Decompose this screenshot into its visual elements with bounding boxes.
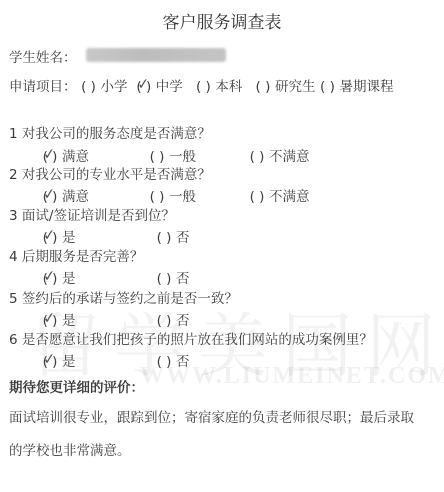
checkbox[interactable]: ( ) [191, 79, 215, 95]
checkbox[interactable]: ( ) [245, 189, 269, 205]
feedback-line-2: 的学校也非常满意。 [9, 439, 131, 459]
checkbox[interactable]: ( ) [152, 271, 176, 287]
option-undergraduate[interactable]: ( )本科 [187, 75, 242, 95]
check-mark-icon: ✓ [42, 225, 56, 244]
check-mark-icon: ✓ [42, 184, 56, 203]
checkbox-checked[interactable]: ( )✓ [38, 313, 62, 329]
checkbox[interactable]: ( ) [145, 189, 169, 205]
answer-yes[interactable]: ( )✓是 [38, 267, 76, 287]
option-summer-course[interactable]: ( )暑期课程 [315, 75, 393, 95]
answer-average[interactable]: ( )一般 [145, 185, 196, 205]
check-mark-icon: ✓ [42, 349, 56, 368]
answer-dissatisfied[interactable]: ( )不满意 [245, 145, 310, 165]
question-4: 4 后期服务是否完善？ [9, 245, 143, 265]
question-5: 5 签约后的承诺与签约之前是否一致？ [9, 287, 238, 307]
student-name-label: 学生姓名： [9, 46, 77, 66]
checkbox[interactable]: ( ) [77, 79, 101, 95]
check-mark-icon: ✓ [136, 74, 150, 93]
feedback-line-1: 面试培训很专业，跟踪到位；寄宿家庭的负责老师很尽职；最后录取 [9, 406, 414, 426]
answer-yes[interactable]: ( )✓是 [38, 350, 76, 370]
checkbox[interactable]: ( ) [315, 79, 339, 95]
answer-yes[interactable]: ( )✓是 [38, 309, 76, 329]
check-mark-icon: ✓ [42, 266, 56, 285]
answer-no[interactable]: ( )否 [152, 350, 190, 370]
check-mark-icon: ✓ [42, 144, 56, 163]
checkbox[interactable]: ( ) [251, 79, 275, 95]
answer-average[interactable]: ( )一般 [145, 145, 196, 165]
checkbox-checked[interactable]: ( )✓ [38, 189, 62, 205]
checkbox-checked[interactable]: ( )✓ [132, 79, 156, 95]
page-title: 客户服务调查表 [0, 8, 444, 33]
answer-yes[interactable]: ( )✓是 [38, 226, 76, 246]
question-6: 6 是否愿意让我们把孩子的照片放在我们网站的成功案例里？ [9, 328, 373, 348]
answer-satisfied[interactable]: ( )✓满意 [38, 185, 89, 205]
option-middle-school[interactable]: ( )✓中学 [132, 75, 183, 95]
application-row: 申请项目：( )小学 ( )✓中学 ( )本科 ( )研究生( )暑期课程 [9, 75, 393, 95]
question-2: 2 对我公司的专业水平是否满意？ [9, 163, 211, 183]
question-1: 1 对我公司的服务态度是否满意？ [9, 122, 211, 142]
survey-page: 留学美国网 WWW.LIUMEINET.COM 客户服务调查表 学生姓名： 申请… [0, 0, 444, 492]
answer-no[interactable]: ( )否 [152, 309, 190, 329]
option-primary-school[interactable]: ( )小学 [77, 75, 128, 95]
option-graduate[interactable]: ( )研究生 [247, 75, 316, 95]
answer-no[interactable]: ( )否 [152, 267, 190, 287]
answer-satisfied[interactable]: ( )✓满意 [38, 145, 89, 165]
check-mark-icon: ✓ [42, 308, 56, 327]
checkbox[interactable]: ( ) [152, 354, 176, 370]
question-3: 3 面试/签证培训是否到位？ [9, 204, 175, 224]
checkbox-checked[interactable]: ( )✓ [38, 354, 62, 370]
checkbox[interactable]: ( ) [152, 230, 176, 246]
answer-no[interactable]: ( )否 [152, 226, 190, 246]
checkbox[interactable]: ( ) [245, 149, 269, 165]
application-label: 申请项目： [9, 79, 77, 95]
answer-dissatisfied[interactable]: ( )不满意 [245, 185, 310, 205]
checkbox-checked[interactable]: ( )✓ [38, 271, 62, 287]
student-name-redacted [86, 48, 226, 62]
checkbox[interactable]: ( ) [152, 313, 176, 329]
feedback-label: 期待您更详细的评价： [9, 376, 144, 396]
checkbox-checked[interactable]: ( )✓ [38, 230, 62, 246]
